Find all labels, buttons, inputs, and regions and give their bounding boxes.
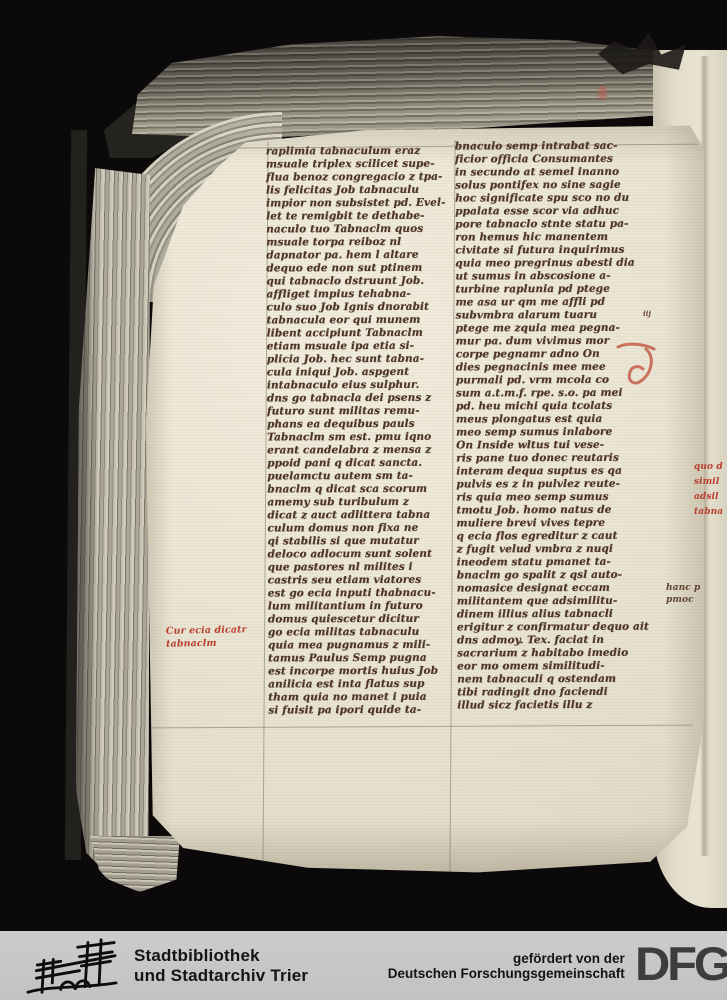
library-name: Stadtbibliothek und Stadtarchiv Trier <box>134 946 308 985</box>
manuscript-text-line: let te remigbit te dethabe- <box>266 210 454 224</box>
manuscript-text-line: raplimia tabnaculum eraz <box>266 145 454 159</box>
red-pigment-smudge <box>598 86 607 100</box>
digitized-manuscript-view: raplimia tabnaculum erazmsuale triplex s… <box>0 0 727 1000</box>
institution-banner: Stadtbibliothek und Stadtarchiv Trier ge… <box>0 931 727 1000</box>
manuscript-text-line: castris seu etiam viatores <box>268 574 456 588</box>
manuscript-text-line: sacrarium z habitabo imedio <box>457 647 657 661</box>
manuscript-text-line: est go ecia inputi thabnacu- <box>268 587 456 601</box>
manuscript-text-line: msuale torpa reiboz nl <box>266 236 454 250</box>
manuscript-text-line: Tabnaclm sm est. pmu iqno <box>267 431 455 445</box>
manuscript-text-line: qui tabnaclo dstruunt Job. <box>266 275 454 289</box>
manuscript-text-line: erant candelabra z mensa z <box>267 444 455 458</box>
manuscript-text-line: q ecia flos egreditur z caut <box>456 530 656 544</box>
manuscript-text-line: interam dequa suptus es qa <box>456 465 656 479</box>
manuscript-text-line: ficior officia Consumantes <box>455 153 655 167</box>
manuscript-text-line: intabnaculo eius sulphur. <box>267 379 455 393</box>
manuscript-text-line: plicia Job. hec sunt tabna- <box>267 353 455 367</box>
stadtbibliothek-trier-logo <box>24 936 120 996</box>
manuscript-text-line: puelamctu autem sm ta- <box>267 470 455 484</box>
manuscript-text-line: que pastores nl milites i <box>268 561 456 575</box>
manuscript-text-line: in secundo at semel inanno <box>455 166 655 180</box>
manuscript-text-line: dns go tabnacla dei psens z <box>267 392 455 406</box>
manuscript-text-line: ron hemus hic manentem <box>455 231 655 245</box>
manuscript-text-line: dapnator pa. hem l altare <box>266 249 454 263</box>
manuscript-text-line: impior non subsistet pd. Evel- <box>266 197 454 211</box>
manuscript-page: raplimia tabnaculum erazmsuale triplex s… <box>138 118 704 880</box>
manuscript-text-line: illud sicz facietis illu z <box>457 699 657 713</box>
manuscript-text-line: deloco adlocum sunt solent <box>268 548 456 562</box>
funding-line2: Deutschen Forschungsgemeinschaft <box>388 966 625 981</box>
manuscript-text-line: qi stabilis si que mutatur <box>267 535 455 549</box>
manuscript-text-line: pd. heu michi quia tcolats <box>456 400 656 414</box>
manuscript-text-line: dns admoy. Tex. faciat in <box>457 634 657 648</box>
manuscript-text-line: meus plongatus est quia <box>456 413 656 427</box>
manuscript-text-line: anilicia est inta flatus sup <box>268 678 456 692</box>
manuscript-text-line: simil <box>694 475 723 490</box>
manuscript-text-line: adsil <box>694 490 723 505</box>
manuscript-text-line: dicat z auct adlittera tabna <box>267 509 455 523</box>
manuscript-text-line: si fuisit pa ipori quide ta- <box>268 704 456 718</box>
manuscript-text-line: z fugit velud vmbra z nuqi <box>457 543 657 557</box>
book-fore-edge-pages <box>76 168 150 874</box>
rubric-paraph-flourish <box>616 342 658 390</box>
manuscript-text-line: muliere brevi vives tepre <box>456 517 656 531</box>
manuscript-text-line: culum domus non fixa ne <box>267 522 455 536</box>
manuscript-text-line: pulvis es z in pulvlez reute- <box>456 478 656 492</box>
library-name-line2: und Stadtarchiv Trier <box>134 966 308 986</box>
manuscript-text-line: tham quia no manet i puia <box>268 691 456 705</box>
manuscript-text-line: dequo ede non sut ptinem <box>266 262 454 276</box>
funding-line1: gefördert von der <box>388 951 625 966</box>
manuscript-text-line: pmoc <box>666 594 700 606</box>
book-fore-edge-bottom-curl <box>90 836 180 892</box>
manuscript-text-line: naculo tuo Tabnaclm quos <box>266 223 454 237</box>
manuscript-text-line: tabna <box>694 505 723 520</box>
manuscript-text-line: cula iniqui Job. aspgent <box>267 366 455 380</box>
superscript-correction-mark: iij <box>643 310 651 317</box>
manuscript-text-line: etiam msuale ipa etia si- <box>267 340 455 354</box>
manuscript-text-line: culo suo Job Ignis dnorabit <box>266 301 454 315</box>
manuscript-text-line: tamus Paulus Semp pugna <box>268 652 456 666</box>
manuscript-text-line: quia meo pregrinus abesti dia <box>455 257 655 271</box>
library-name-line1: Stadtbibliothek <box>134 946 308 966</box>
manuscript-text-line: ppalata esse scor via adhuc <box>455 205 655 219</box>
manuscript-text-line: ut sumus in abscosione a- <box>455 270 655 284</box>
manuscript-text-line: nomasice designat eccam <box>457 582 657 596</box>
manuscript-text-line: tmotu Job. homo natus de <box>456 504 656 518</box>
manuscript-text-line: solus pontifex no sine sagie <box>455 179 655 193</box>
manuscript-text-line: domus quiescetur dicitur <box>268 613 456 627</box>
manuscript-text-line: bnaclm q dicat sca scorum <box>267 483 455 497</box>
dfg-logo: DFG <box>635 940 727 987</box>
manuscript-text-line: lis felicitas Job tabnaculu <box>266 184 454 198</box>
manuscript-text-line: phans ea dequibus pauls <box>267 418 455 432</box>
manuscript-text-line: civitate si futura inquirimus <box>455 244 655 258</box>
manuscript-text-line: go ecia militas tabnaculu <box>268 626 456 640</box>
manuscript-text-line: me asa ur qm me affli pd <box>455 296 655 310</box>
manuscript-text-line: quo d <box>694 460 723 475</box>
manuscript-text-line: tibi radingit dno faciendi <box>457 686 657 700</box>
rubric-margin-note: Cur ecia dicatrtabnaclm <box>166 624 247 651</box>
manuscript-text-line: affliget impius tehabna- <box>266 288 454 302</box>
manuscript-text-line: est incorpe mortis huius Job <box>268 665 456 679</box>
text-column-left: raplimia tabnaculum erazmsuale triplex s… <box>266 145 456 718</box>
manuscript-text-line: hanc p <box>666 582 700 594</box>
manuscript-text-line: flua benoz congregacio z tpa- <box>266 171 454 185</box>
manuscript-text-line: militantem que adsimilitu- <box>457 595 657 609</box>
manuscript-text-line: ineodem statu pmanet ta- <box>457 556 657 570</box>
manuscript-text-line: dinem illius alius tabnacli <box>457 608 657 622</box>
manuscript-text-line: turbine raplunia pd ptege <box>455 283 655 297</box>
manuscript-text-line: libent accipiunt Tabnaclm <box>267 327 455 341</box>
manuscript-text-line: nem tabnaculi q ostendam <box>457 673 657 687</box>
rubric-edge-note: quo dsimiladsiltabna <box>694 460 723 520</box>
manuscript-text-line: ris quia meo semp sumus <box>456 491 656 505</box>
manuscript-text-line: ppoid pani q dicat sancta. <box>267 457 455 471</box>
manuscript-text-line: ptege me zquia mea pegna- <box>456 322 656 336</box>
manuscript-text-line: On Inside wltus tui vese- <box>456 439 656 453</box>
manuscript-text-line: lum militantium in futuro <box>268 600 456 614</box>
manuscript-text-line: bnaclm go spalit z qsl auto- <box>457 569 657 583</box>
manuscript-text-line: erigitur z confirmatur dequo ait <box>457 621 657 635</box>
manuscript-text-line: tabnaclm <box>166 637 247 651</box>
manuscript-text-line: quia mea pugnamus z mili- <box>268 639 456 653</box>
manuscript-text-line: meo semp sumus inlabore <box>456 426 656 440</box>
manuscript-text-line: subvmbra alarum tuaru <box>455 309 655 323</box>
manuscript-text-line: bnaculo semp intrabat sac- <box>455 140 655 154</box>
manuscript-text-line: hoc significate spu sco no du <box>455 192 655 206</box>
manuscript-text-line: pore tabnaclo stnte statu pa- <box>455 218 655 232</box>
manuscript-text-line: msuale triplex scilicet supe- <box>266 158 454 172</box>
text-column-right: bnaculo semp intrabat sac-ficior officia… <box>455 140 657 713</box>
manuscript-text-line: amemy sub turibulum z <box>267 496 455 510</box>
manuscript-text-line: futuro sunt militas remu- <box>267 405 455 419</box>
manuscript-text-line: ris pane tuo donec reutaris <box>456 452 656 466</box>
manuscript-text-line: eor mo omem similitudi- <box>457 660 657 674</box>
funding-credit: gefördert von der Deutschen Forschungsge… <box>388 951 625 981</box>
ink-edge-note: hanc ppmoc <box>666 582 700 606</box>
manuscript-text-line: tabnacula eor qui munem <box>266 314 454 328</box>
